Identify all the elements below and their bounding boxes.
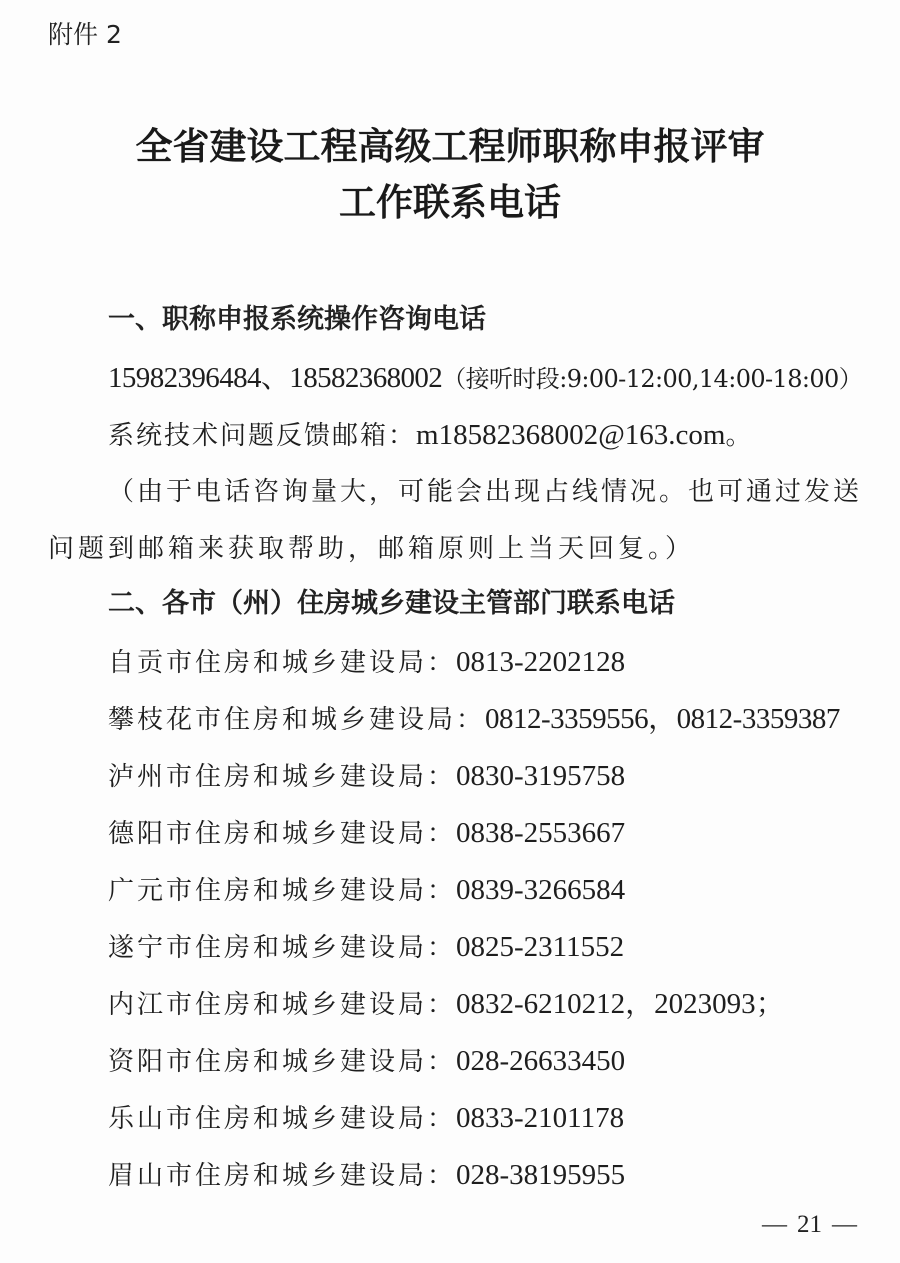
email-label: 系统技术问题反馈邮箱： [108, 421, 416, 451]
section-2-heading: 二、各市（州）住房城乡建设主管部门联系电话 [108, 586, 675, 622]
document-title-line-1: 全省建设工程高级工程师职称申报评审 [0, 124, 900, 168]
contact-phone: 028-26633450 [456, 1045, 625, 1077]
note-line-1: （由于电话咨询量大，可能会出现占线情况。也可通过发送 [108, 474, 862, 510]
contact-phone: 0832-6210212，2023093； [456, 988, 785, 1020]
contact-org: 内江市住房和城乡建设局： [108, 990, 456, 1020]
contact-row-suining: 遂宁市住房和城乡建设局：0825-2311552 [108, 929, 624, 966]
attachment-label: 附件 2 [48, 18, 122, 52]
contact-org: 乐山市住房和城乡建设局： [108, 1104, 456, 1134]
contact-org: 攀枝花市住房和城乡建设局： [108, 705, 485, 735]
consult-phones: 15982396484、18582368002 [108, 362, 442, 394]
dash-right: — [832, 1208, 857, 1242]
contact-phone: 0839-3266584 [456, 874, 625, 906]
contact-phone: 0838-2553667 [456, 817, 625, 849]
contact-org: 眉山市住房和城乡建设局： [108, 1161, 456, 1191]
contact-row-guangyuan: 广元市住房和城乡建设局：0839-3266584 [108, 872, 625, 909]
contact-phone: 0833-2101178 [456, 1102, 624, 1134]
contact-row-deyang: 德阳市住房和城乡建设局：0838-2553667 [108, 815, 625, 852]
consult-hours: （接听时段:9:00-12:00,14:00-18:00） [442, 365, 862, 393]
consult-phone-line: 15982396484、18582368002（接听时段:9:00-12:00,… [108, 360, 862, 397]
contact-phone: 0825-2311552 [456, 931, 624, 963]
section-1-heading: 一、职称申报系统操作咨询电话 [108, 302, 486, 338]
feedback-email-link[interactable]: m18582368002@163.com [416, 419, 725, 451]
contact-org: 德阳市住房和城乡建设局： [108, 819, 456, 849]
feedback-email-line: 系统技术问题反馈邮箱：m18582368002@163.com。 [108, 417, 753, 454]
dash-left: — [762, 1208, 787, 1242]
page-number-value: 21 [797, 1211, 822, 1238]
contact-org: 资阳市住房和城乡建设局： [108, 1047, 456, 1077]
contact-phone: 0812-3359556，0812-3359387 [485, 703, 840, 735]
contact-phone: 0830-3195758 [456, 760, 625, 792]
contact-row-luzhou: 泸州市住房和城乡建设局：0830-3195758 [108, 758, 625, 795]
contact-row-neijiang: 内江市住房和城乡建设局：0832-6210212，2023093； [108, 986, 785, 1023]
contact-row-meishan: 眉山市住房和城乡建设局：028-38195955 [108, 1157, 625, 1194]
contact-org: 遂宁市住房和城乡建设局： [108, 933, 456, 963]
contact-row-panzhihua: 攀枝花市住房和城乡建设局：0812-3359556，0812-3359387 [108, 701, 840, 738]
contact-org: 广元市住房和城乡建设局： [108, 876, 456, 906]
page-number: —21— [752, 1208, 867, 1242]
contact-org: 泸州市住房和城乡建设局： [108, 762, 456, 792]
contact-row-ziyang: 资阳市住房和城乡建设局：028-26633450 [108, 1043, 625, 1080]
email-suffix: 。 [725, 421, 753, 451]
note-line-2: 问题到邮箱来获取帮助，邮箱原则上当天回复。） [48, 531, 695, 567]
contact-phone: 0813-2202128 [456, 646, 625, 678]
contact-phone: 028-38195955 [456, 1159, 625, 1191]
contact-org: 自贡市住房和城乡建设局： [108, 648, 456, 678]
document-title-line-2: 工作联系电话 [0, 180, 900, 224]
contact-row-zigong: 自贡市住房和城乡建设局：0813-2202128 [108, 644, 625, 681]
contact-row-leshan: 乐山市住房和城乡建设局：0833-2101178 [108, 1100, 624, 1137]
